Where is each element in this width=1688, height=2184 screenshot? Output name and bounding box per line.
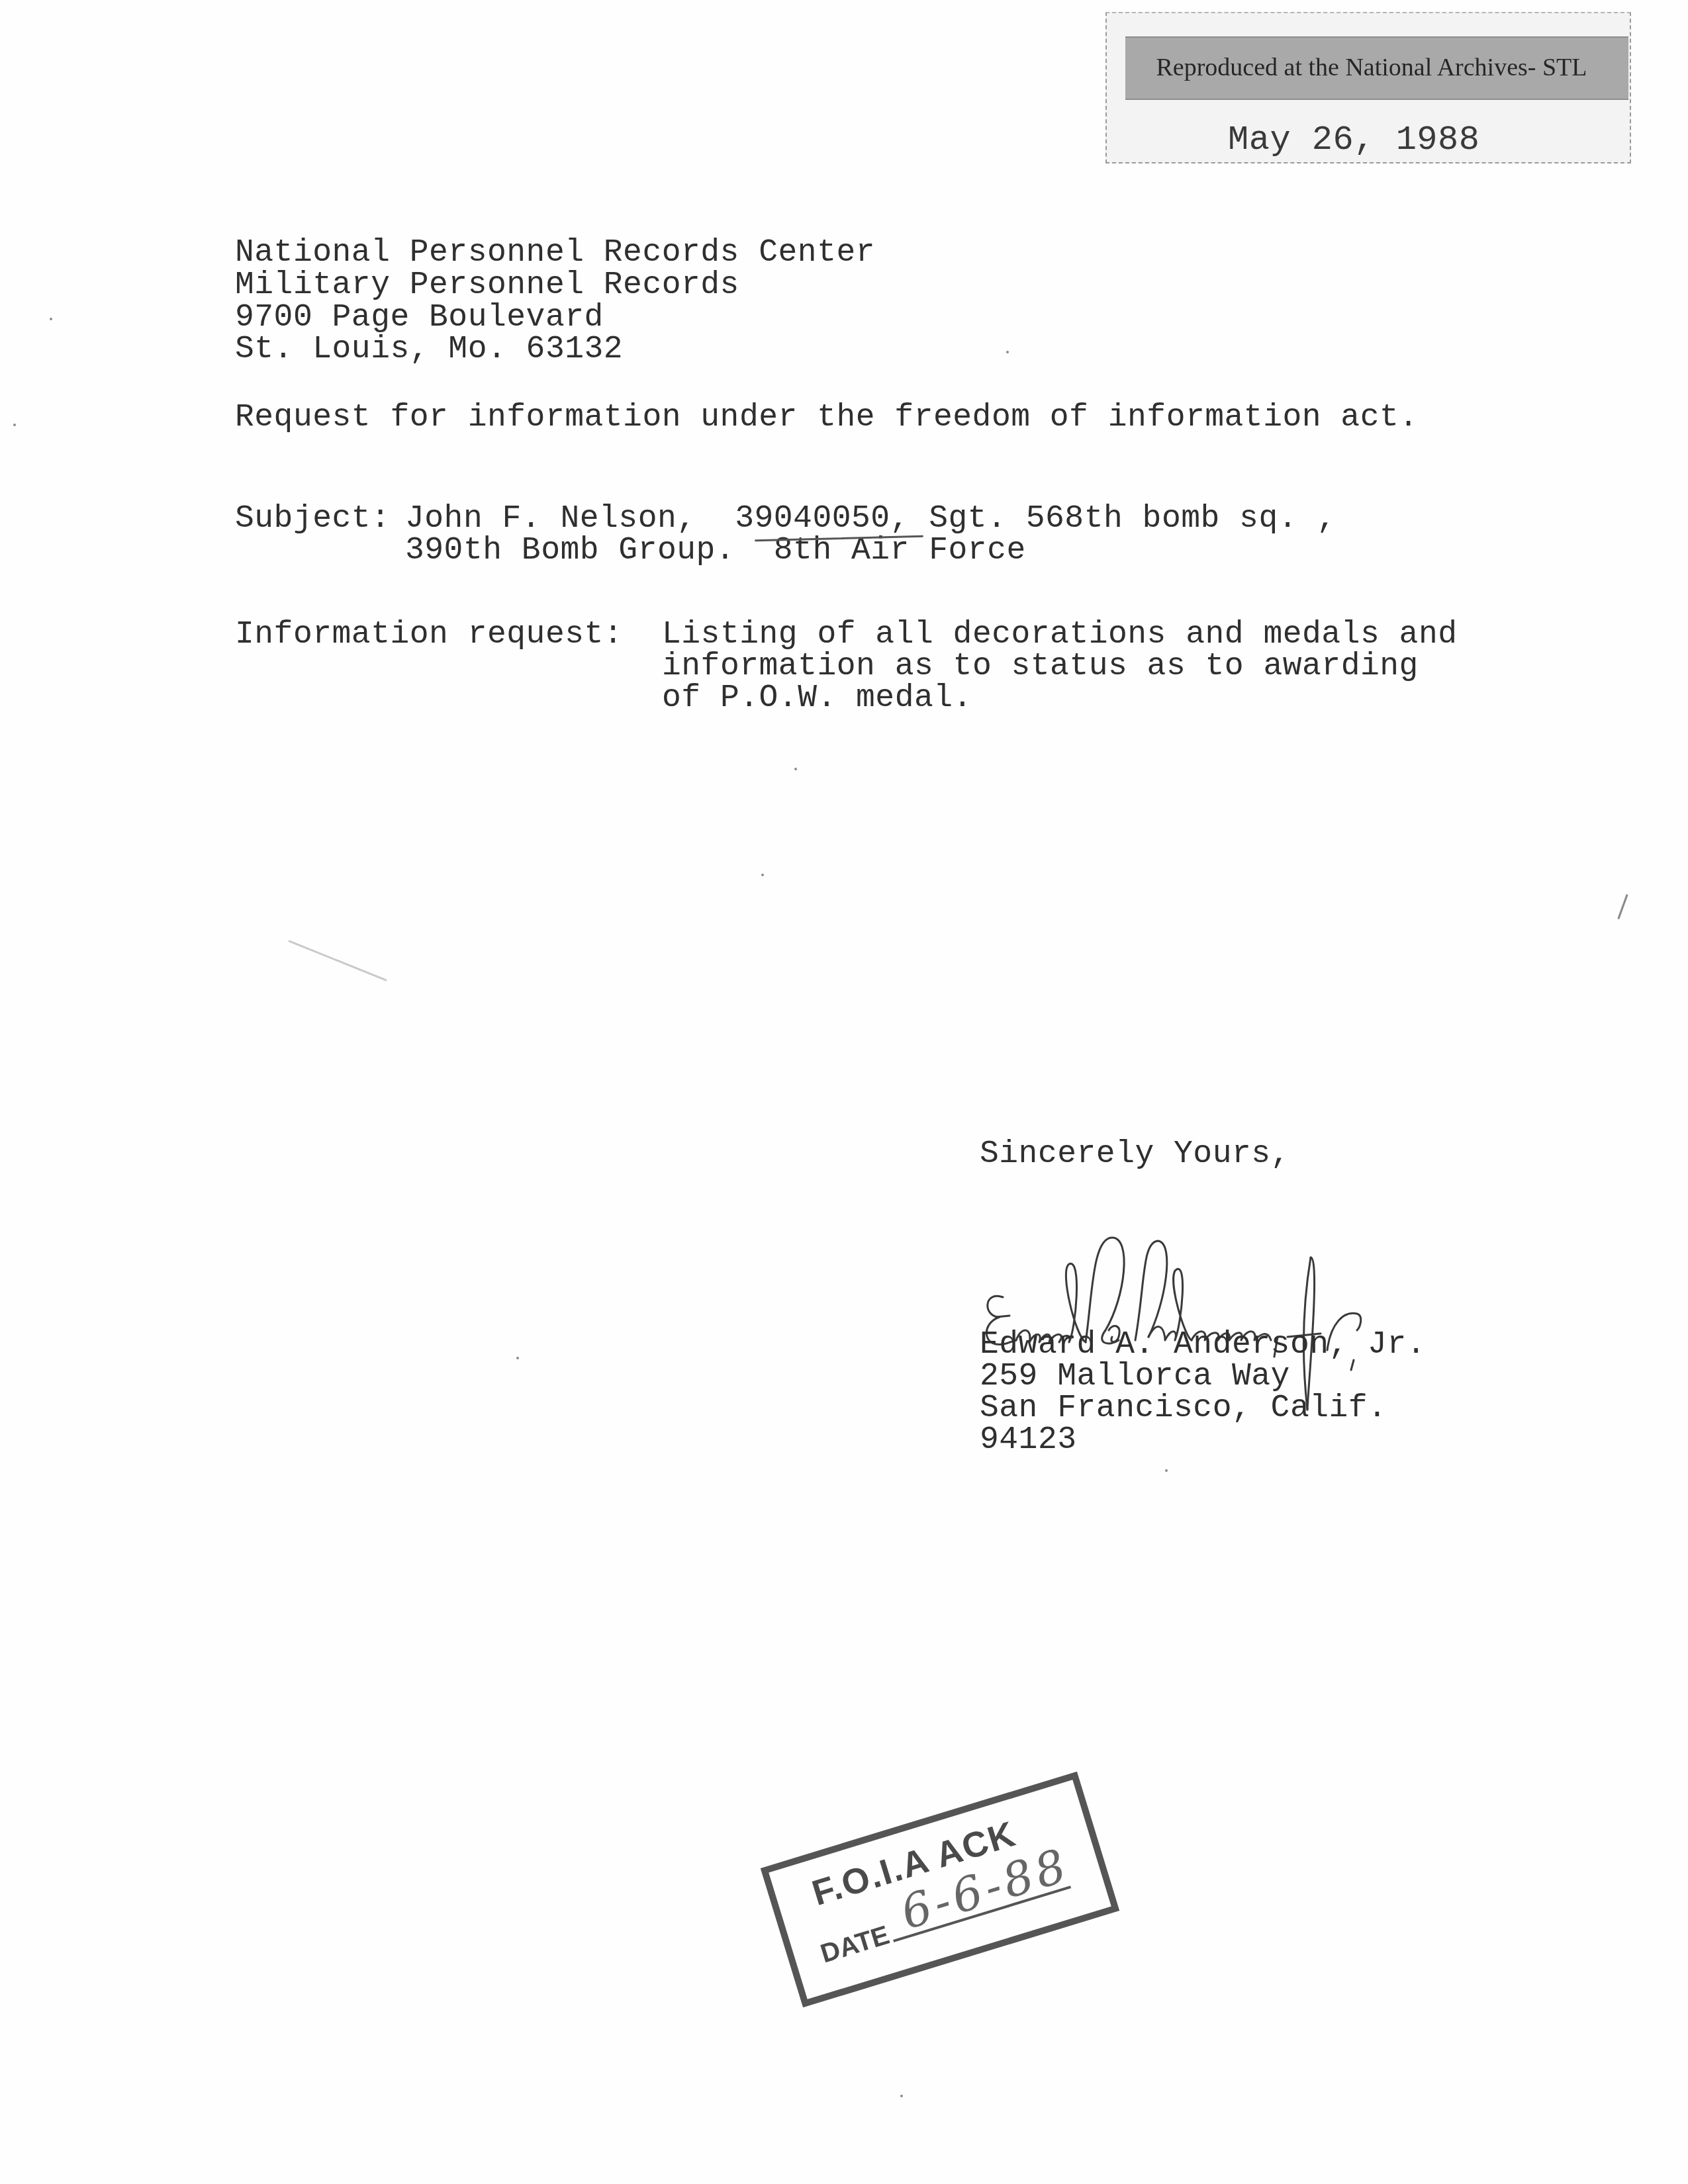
scan-speck bbox=[761, 874, 764, 876]
document-page: Reproduced at the National Archives- STL… bbox=[0, 0, 1688, 2184]
information-request-line: of P.O.W. medal. bbox=[662, 682, 972, 714]
recipient-line: 9700 Page Boulevard bbox=[235, 302, 604, 334]
scan-speck bbox=[50, 318, 52, 320]
sender-line: San Francisco, Calif. bbox=[980, 1392, 1387, 1424]
scan-mark bbox=[288, 940, 387, 981]
sender-line: 259 Mallorca Way bbox=[980, 1361, 1290, 1392]
information-request-line: Listing of all decorations and medals an… bbox=[662, 619, 1458, 651]
subject-label: Subject: bbox=[235, 503, 390, 535]
scan-speck bbox=[900, 2095, 903, 2097]
scan-speck bbox=[516, 1357, 519, 1359]
scan-speck bbox=[1006, 351, 1009, 353]
letter-date: May 26, 1988 bbox=[1228, 124, 1479, 156]
recipient-line: St. Louis, Mo. 63132 bbox=[235, 334, 623, 365]
recipient-line: National Personnel Records Center bbox=[235, 237, 875, 269]
foia-stamp-date-label: DATE bbox=[818, 1921, 893, 1970]
foia-ack-stamp: F.O.I.A ACK DATE 6-6-88 bbox=[761, 1772, 1119, 2008]
sender-line: Edward A. Anderson, Jr. bbox=[980, 1329, 1426, 1361]
scan-speck bbox=[794, 768, 797, 770]
closing: Sincerely Yours, bbox=[980, 1138, 1290, 1170]
sender-line: 94123 bbox=[980, 1424, 1077, 1456]
scan-mark bbox=[1617, 894, 1628, 920]
recipient-line: Military Personnel Records bbox=[235, 269, 739, 301]
archive-stamp-label: Reproduced at the National Archives- STL bbox=[1120, 53, 1623, 82]
scan-speck bbox=[1165, 1469, 1168, 1472]
scan-speck bbox=[13, 424, 16, 426]
information-request-label: Information request: bbox=[235, 619, 623, 651]
subject-line-1: John F. Nelson, 39040050, Sgt. 568th bom… bbox=[405, 503, 1336, 535]
request-line: Request for information under the freedo… bbox=[235, 402, 1419, 433]
subject-line-2: 390th Bomb Group. 8th Air Force bbox=[405, 535, 1026, 567]
information-request-line: information as to status as to awarding bbox=[662, 651, 1419, 682]
